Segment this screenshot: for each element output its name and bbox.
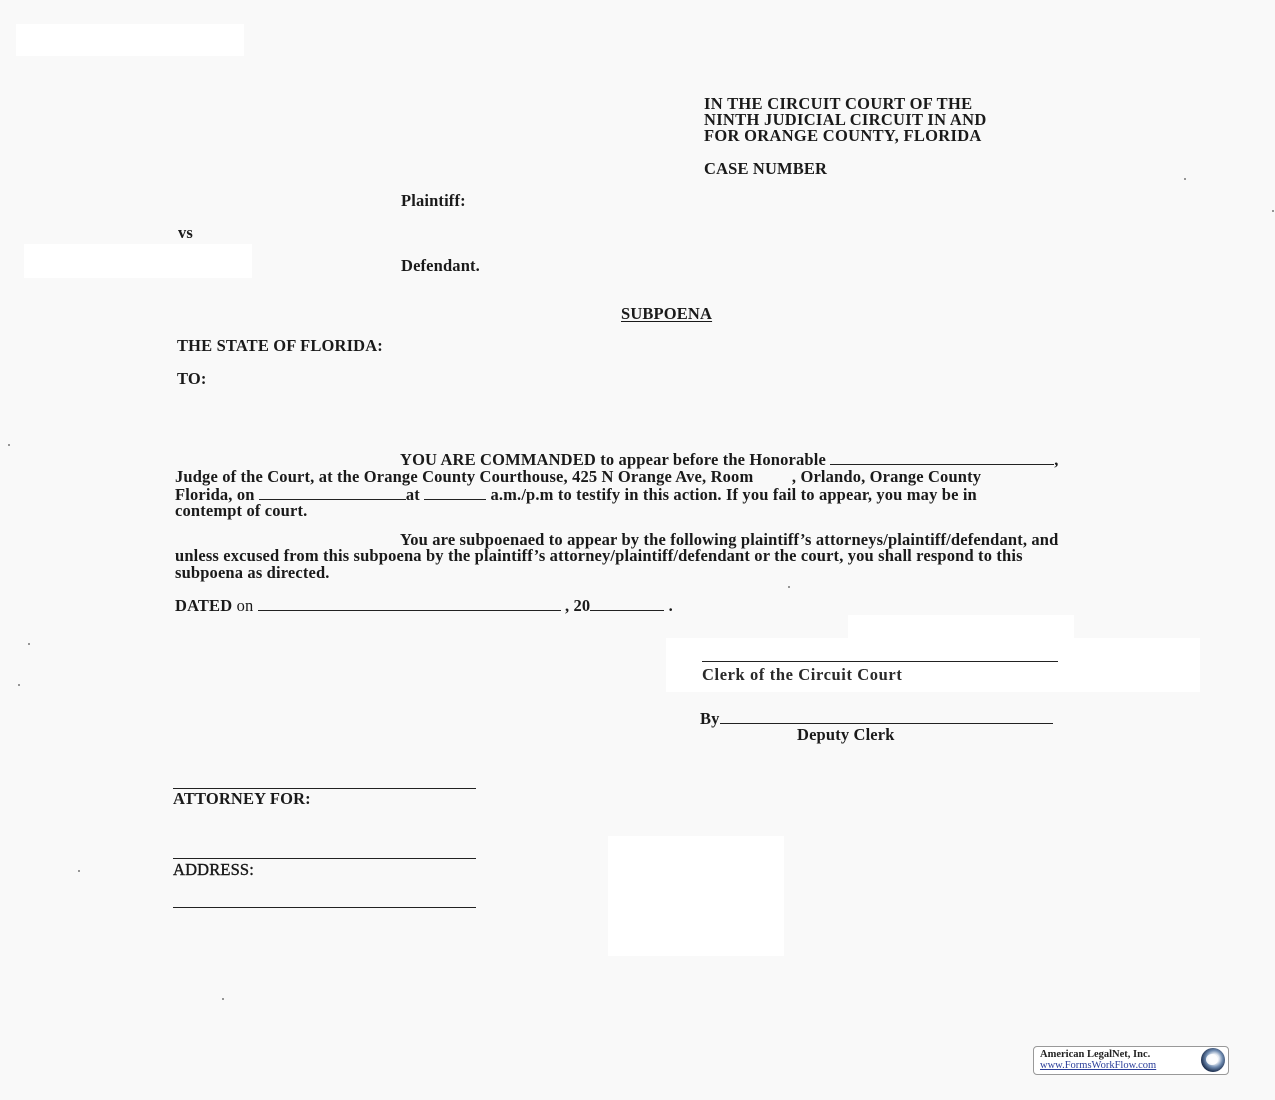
dated-label: DATED bbox=[175, 596, 232, 615]
dated-year-prefix: 20 bbox=[574, 596, 591, 615]
dated-date-field[interactable] bbox=[258, 597, 561, 611]
scan-patch bbox=[24, 244, 252, 278]
state-of-florida-label: THE STATE OF FLORIDA: bbox=[177, 336, 383, 356]
contempt-text: contempt of court. bbox=[175, 503, 1059, 519]
subpoena-paragraph: You are subpoenaed to appear by the foll… bbox=[175, 532, 1058, 581]
defendant-label: Defendant. bbox=[401, 256, 480, 276]
scan-patch bbox=[848, 615, 1074, 639]
clerk-label: Clerk of the Circuit Court bbox=[702, 665, 902, 685]
plaintiff-label: Plaintiff: bbox=[401, 191, 466, 211]
court-header-line: FOR ORANGE COUNTY, FLORIDA bbox=[704, 128, 987, 144]
globe-icon bbox=[1201, 1048, 1225, 1072]
courthouse-text: Judge of the Court, at the Orange County… bbox=[175, 467, 753, 486]
room-number-field[interactable] bbox=[758, 468, 788, 482]
document-title: SUBPOENA bbox=[621, 304, 712, 324]
vs-label: vs bbox=[178, 223, 193, 243]
appearance-date-field[interactable] bbox=[259, 486, 406, 500]
attorney-for-label: ATTORNEY FOR: bbox=[173, 789, 311, 809]
scan-speck bbox=[1184, 178, 1186, 180]
subpoena-line: subpoena as directed. bbox=[175, 565, 1058, 581]
appearance-time-field[interactable] bbox=[424, 486, 486, 500]
scan-speck bbox=[28, 643, 30, 645]
dated-separator: , bbox=[565, 596, 569, 615]
logo-company: American LegalNet, Inc. bbox=[1040, 1049, 1150, 1060]
footer-logo[interactable]: American LegalNet, Inc. www.FormsWorkFlo… bbox=[1033, 1046, 1229, 1075]
deputy-signature-field[interactable] bbox=[720, 710, 1053, 724]
dated-end: . bbox=[669, 596, 673, 615]
address-line-1[interactable] bbox=[173, 858, 476, 859]
city-text: , Orlando, Orange County bbox=[792, 467, 981, 486]
at-text: at bbox=[406, 485, 420, 504]
dated-on: on bbox=[237, 596, 254, 615]
clerk-signature-line[interactable] bbox=[702, 661, 1058, 662]
address-line-2[interactable] bbox=[173, 907, 476, 908]
scan-speck bbox=[78, 870, 80, 872]
dated-year-field[interactable] bbox=[590, 597, 664, 611]
court-header: IN THE CIRCUIT COURT OF THE NINTH JUDICI… bbox=[704, 96, 987, 144]
scan-patch bbox=[608, 836, 784, 956]
address-label: ADDRESS: bbox=[173, 860, 254, 880]
case-number-label: CASE NUMBER bbox=[704, 159, 827, 179]
judge-name-field[interactable] bbox=[830, 451, 1054, 465]
scan-speck bbox=[8, 444, 10, 446]
scan-speck bbox=[788, 586, 790, 588]
command-text: YOU ARE COMMANDED to appear before the H… bbox=[400, 450, 826, 469]
scan-speck bbox=[18, 684, 20, 686]
comma: , bbox=[1054, 450, 1058, 469]
scan-speck bbox=[222, 998, 224, 1000]
command-paragraph: YOU ARE COMMANDED to appear before the H… bbox=[175, 451, 1059, 519]
deputy-clerk-label: Deputy Clerk bbox=[797, 725, 895, 745]
scan-patch bbox=[16, 24, 244, 56]
scan-speck bbox=[1272, 210, 1274, 212]
to-label: TO: bbox=[177, 369, 207, 389]
testify-text: a.m./p.m to testify in this action. If y… bbox=[490, 485, 976, 504]
dated-row: DATED on , 20 . bbox=[175, 596, 673, 616]
logo-url-link[interactable]: www.FormsWorkFlow.com bbox=[1040, 1060, 1156, 1071]
by-label: By bbox=[700, 709, 720, 728]
